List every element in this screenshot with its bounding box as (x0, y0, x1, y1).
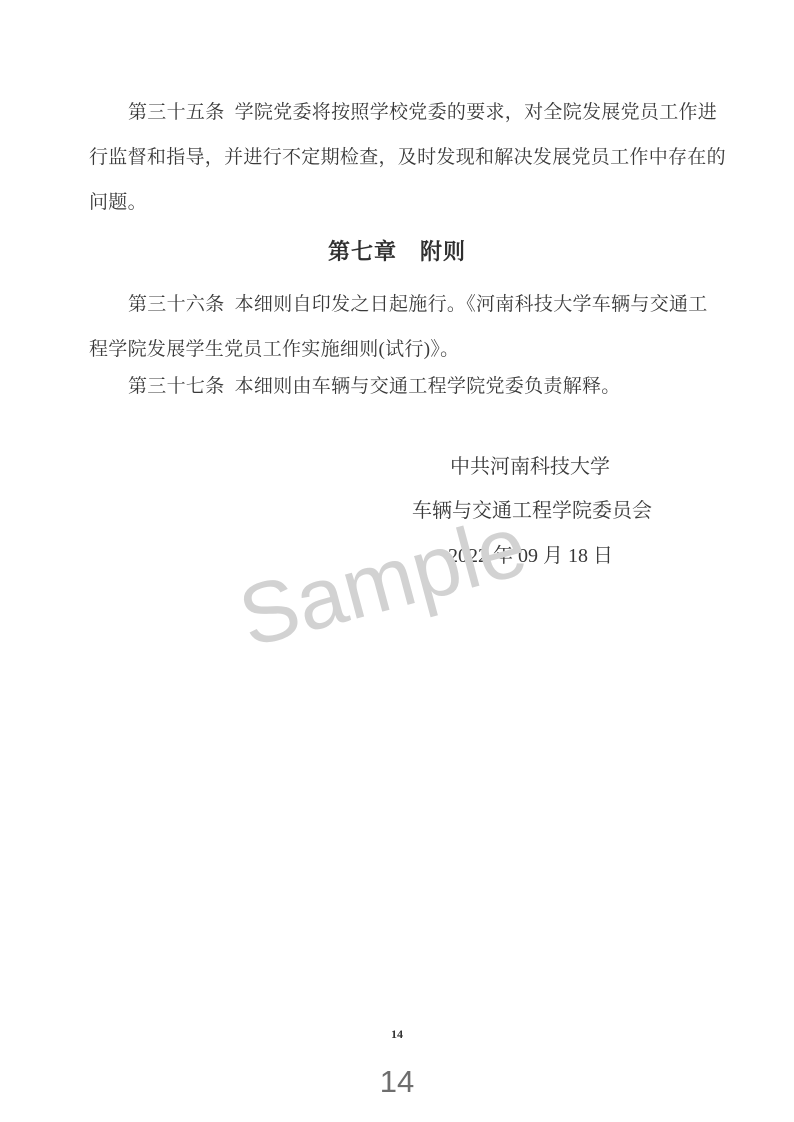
signature-date: 2022 年 09 月 18 日 (448, 543, 613, 569)
text-line: 第三十七条 本细则由车辆与交通工程学院党委负责解释。 (89, 364, 715, 409)
chapter-heading: 第七章 附则 (0, 237, 794, 267)
document-page: 第三十五条 学院党委将按照学校党委的要求，对全院发展党员工作进 行监督和指导，并… (0, 0, 794, 1122)
paragraph-article-35: 第三十五条 学院党委将按照学校党委的要求，对全院发展党员工作进 行监督和指导，并… (89, 90, 715, 225)
paragraph-article-37: 第三十七条 本细则由车辆与交通工程学院党委负责解释。 (89, 364, 715, 409)
footer-page-number: 14 (0, 1026, 794, 1042)
text-line: 行监督和指导，并进行不定期检查，及时发现和解决发展党员工作中存在的 (89, 135, 715, 180)
signature-organization-line-2: 车辆与交通工程学院委员会 (412, 498, 652, 524)
paragraph-article-36: 第三十六条 本细则自印发之日起施行。《河南科技大学车辆与交通工 程学院发展学生党… (89, 282, 715, 372)
viewer-page-number: 14 (0, 1064, 794, 1100)
text-line: 问题。 (89, 180, 715, 225)
text-line: 第三十六条 本细则自印发之日起施行。《河南科技大学车辆与交通工 (89, 282, 715, 327)
signature-organization-line-1: 中共河南科技大学 (450, 454, 610, 480)
text-line: 第三十五条 学院党委将按照学校党委的要求，对全院发展党员工作进 (89, 90, 715, 135)
